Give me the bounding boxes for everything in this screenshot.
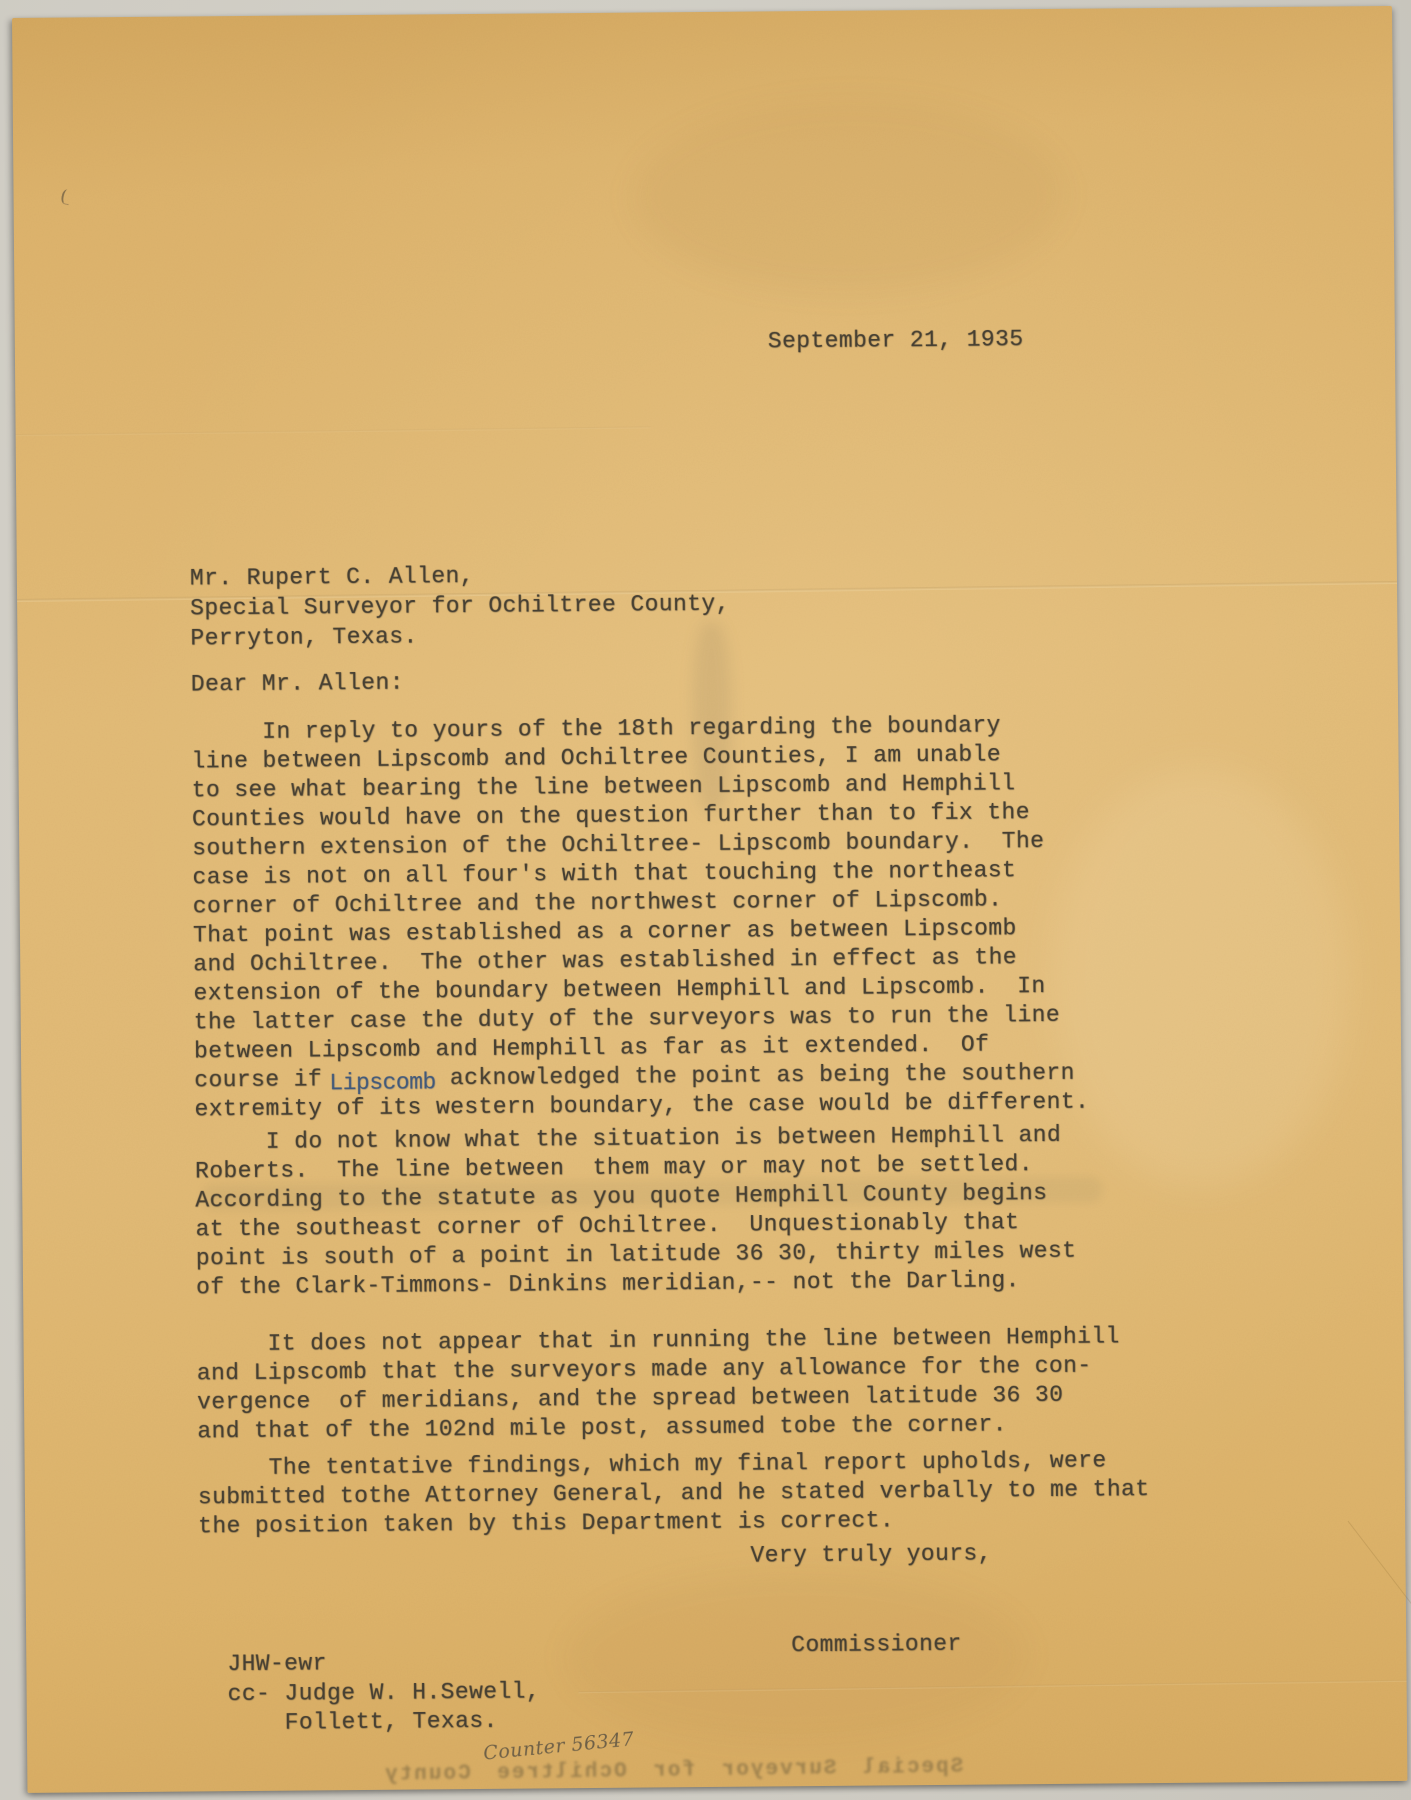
body-paragraph-4: The tentative findings, which my final r… [198, 1446, 1150, 1541]
letter-date: September 21, 1935 [768, 325, 1024, 356]
salutation: Dear Mr. Allen: [191, 669, 404, 700]
body-paragraph-1: In reply to yours of the 18th regarding … [191, 711, 1089, 1125]
inserted-word-lipscomb: Lipscomb [329, 1069, 436, 1096]
letter-page: September 21, 1935 Mr. Rupert C. Allen, … [12, 6, 1407, 1793]
body-paragraph-2: I do not know what the situation is betw… [195, 1121, 1077, 1303]
complimentary-close: Very truly yours, [750, 1540, 992, 1571]
typist-initials: JHW-ewr [227, 1649, 327, 1679]
paragraph-text: In reply to yours of the 18th regarding … [191, 712, 1060, 1093]
cc-line: cc- Judge W. H.Sewell, Follett, Texas. [228, 1677, 541, 1738]
recipient-address: Mr. Rupert C. Allen, Special Surveyor fo… [190, 559, 730, 654]
signature-title: Commissioner [791, 1630, 962, 1660]
body-paragraph-3: It does not appear that in running the l… [196, 1322, 1120, 1446]
